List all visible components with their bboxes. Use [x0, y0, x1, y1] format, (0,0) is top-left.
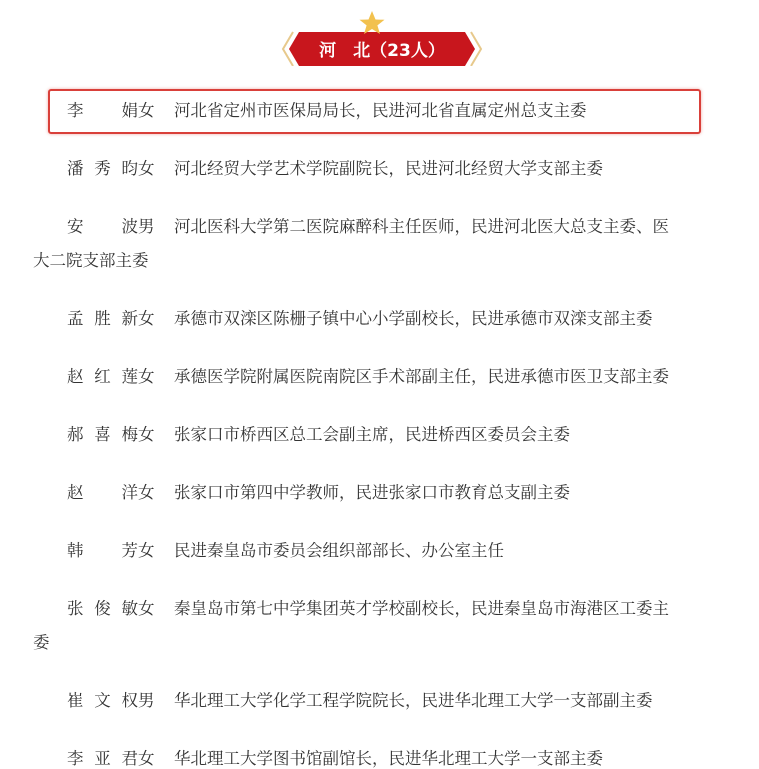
member-description: 河北经贸大学艺术学院副院长，民进河北经贸大学支部主委: [174, 159, 603, 178]
member-description: 承德市双滦区陈栅子镇中心小学副校长，民进承德市双滦支部主委: [174, 309, 653, 328]
member-name: 李亚君: [67, 742, 138, 769]
list-item: 崔文权男华北理工大学化学工程学院院长，民进华北理工大学一支部副主委: [33, 684, 723, 718]
member-gender: 女: [138, 302, 174, 336]
member-name: 李 娟: [67, 94, 138, 128]
member-description: 民进秦皇岛市委员会组织部部长、办公室主任: [174, 541, 504, 560]
count-label: （23人）: [370, 41, 445, 61]
province-label: 河 北: [319, 41, 370, 61]
member-description: 张家口市第四中学教师，民进张家口市教育总支副主委: [174, 483, 570, 502]
banner-title: 河 北（23人）: [279, 41, 485, 61]
member-name: 孟胜新: [67, 302, 138, 336]
list-item: 韩 芳女民进秦皇岛市委员会组织部部长、办公室主任: [33, 534, 723, 568]
member-name: 韩 芳: [67, 534, 138, 568]
member-description: 承德医学院附属医院南院区手术部副主任，民进承德市医卫支部主委: [174, 367, 669, 386]
member-gender: 女: [138, 592, 174, 626]
section-banner: 河 北（23人）: [279, 10, 485, 66]
member-description: 张家口市桥西区总工会副主席，民进桥西区委员会主委: [174, 425, 570, 444]
member-description-continuation: 委: [33, 626, 723, 660]
member-description: 河北省定州市医保局局长，民进河北省直属定州总支主委: [174, 101, 587, 120]
star-icon: [360, 11, 385, 34]
member-gender: 女: [138, 360, 174, 394]
list-item: 郝喜梅女张家口市桥西区总工会副主席，民进桥西区委员会主委: [33, 418, 723, 452]
member-name: 赵红莲: [67, 360, 138, 394]
member-gender: 女: [138, 94, 174, 128]
member-description-continuation: 大二院支部主委: [33, 244, 723, 278]
list-item: 李亚君女华北理工大学图书馆副馆长，民进华北理工大学一支部主委: [33, 742, 723, 769]
list-item: 李 娟女河北省定州市医保局局长，民进河北省直属定州总支主委: [33, 94, 723, 128]
list-item: 安 波男河北医科大学第二医院麻醉科主任医师，民进河北医大总支主委、医 大二院支部…: [33, 210, 723, 278]
member-gender: 女: [138, 418, 174, 452]
member-name: 郝喜梅: [67, 418, 138, 452]
member-gender: 女: [138, 152, 174, 186]
member-description: 华北理工大学化学工程学院院长，民进华北理工大学一支部副主委: [174, 691, 653, 710]
list-item: 张俊敏女秦皇岛市第七中学集团英才学校副校长，民进秦皇岛市海港区工委主 委: [33, 592, 723, 660]
member-name: 潘秀昀: [67, 152, 138, 186]
member-gender: 女: [138, 534, 174, 568]
member-gender: 男: [138, 210, 174, 244]
member-description: 秦皇岛市第七中学集团英才学校副校长，民进秦皇岛市海港区工委主: [174, 599, 669, 618]
list-item: 潘秀昀女河北经贸大学艺术学院副院长，民进河北经贸大学支部主委: [33, 152, 723, 186]
member-name: 崔文权: [67, 684, 138, 718]
member-gender: 女: [138, 476, 174, 510]
list-item: 孟胜新女承德市双滦区陈栅子镇中心小学副校长，民进承德市双滦支部主委: [33, 302, 723, 336]
member-description: 华北理工大学图书馆副馆长，民进华北理工大学一支部主委: [174, 749, 603, 768]
member-gender: 男: [138, 684, 174, 718]
member-name: 赵 洋: [67, 476, 138, 510]
member-description: 河北医科大学第二医院麻醉科主任医师，民进河北医大总支主委、医: [174, 217, 669, 236]
member-name: 安 波: [67, 210, 138, 244]
list-item: 赵 洋女张家口市第四中学教师，民进张家口市教育总支副主委: [33, 476, 723, 510]
member-name: 张俊敏: [67, 592, 138, 626]
member-gender: 女: [138, 742, 174, 769]
list-item: 赵红莲女承德医学院附属医院南院区手术部副主任，民进承德市医卫支部主委: [33, 360, 723, 394]
